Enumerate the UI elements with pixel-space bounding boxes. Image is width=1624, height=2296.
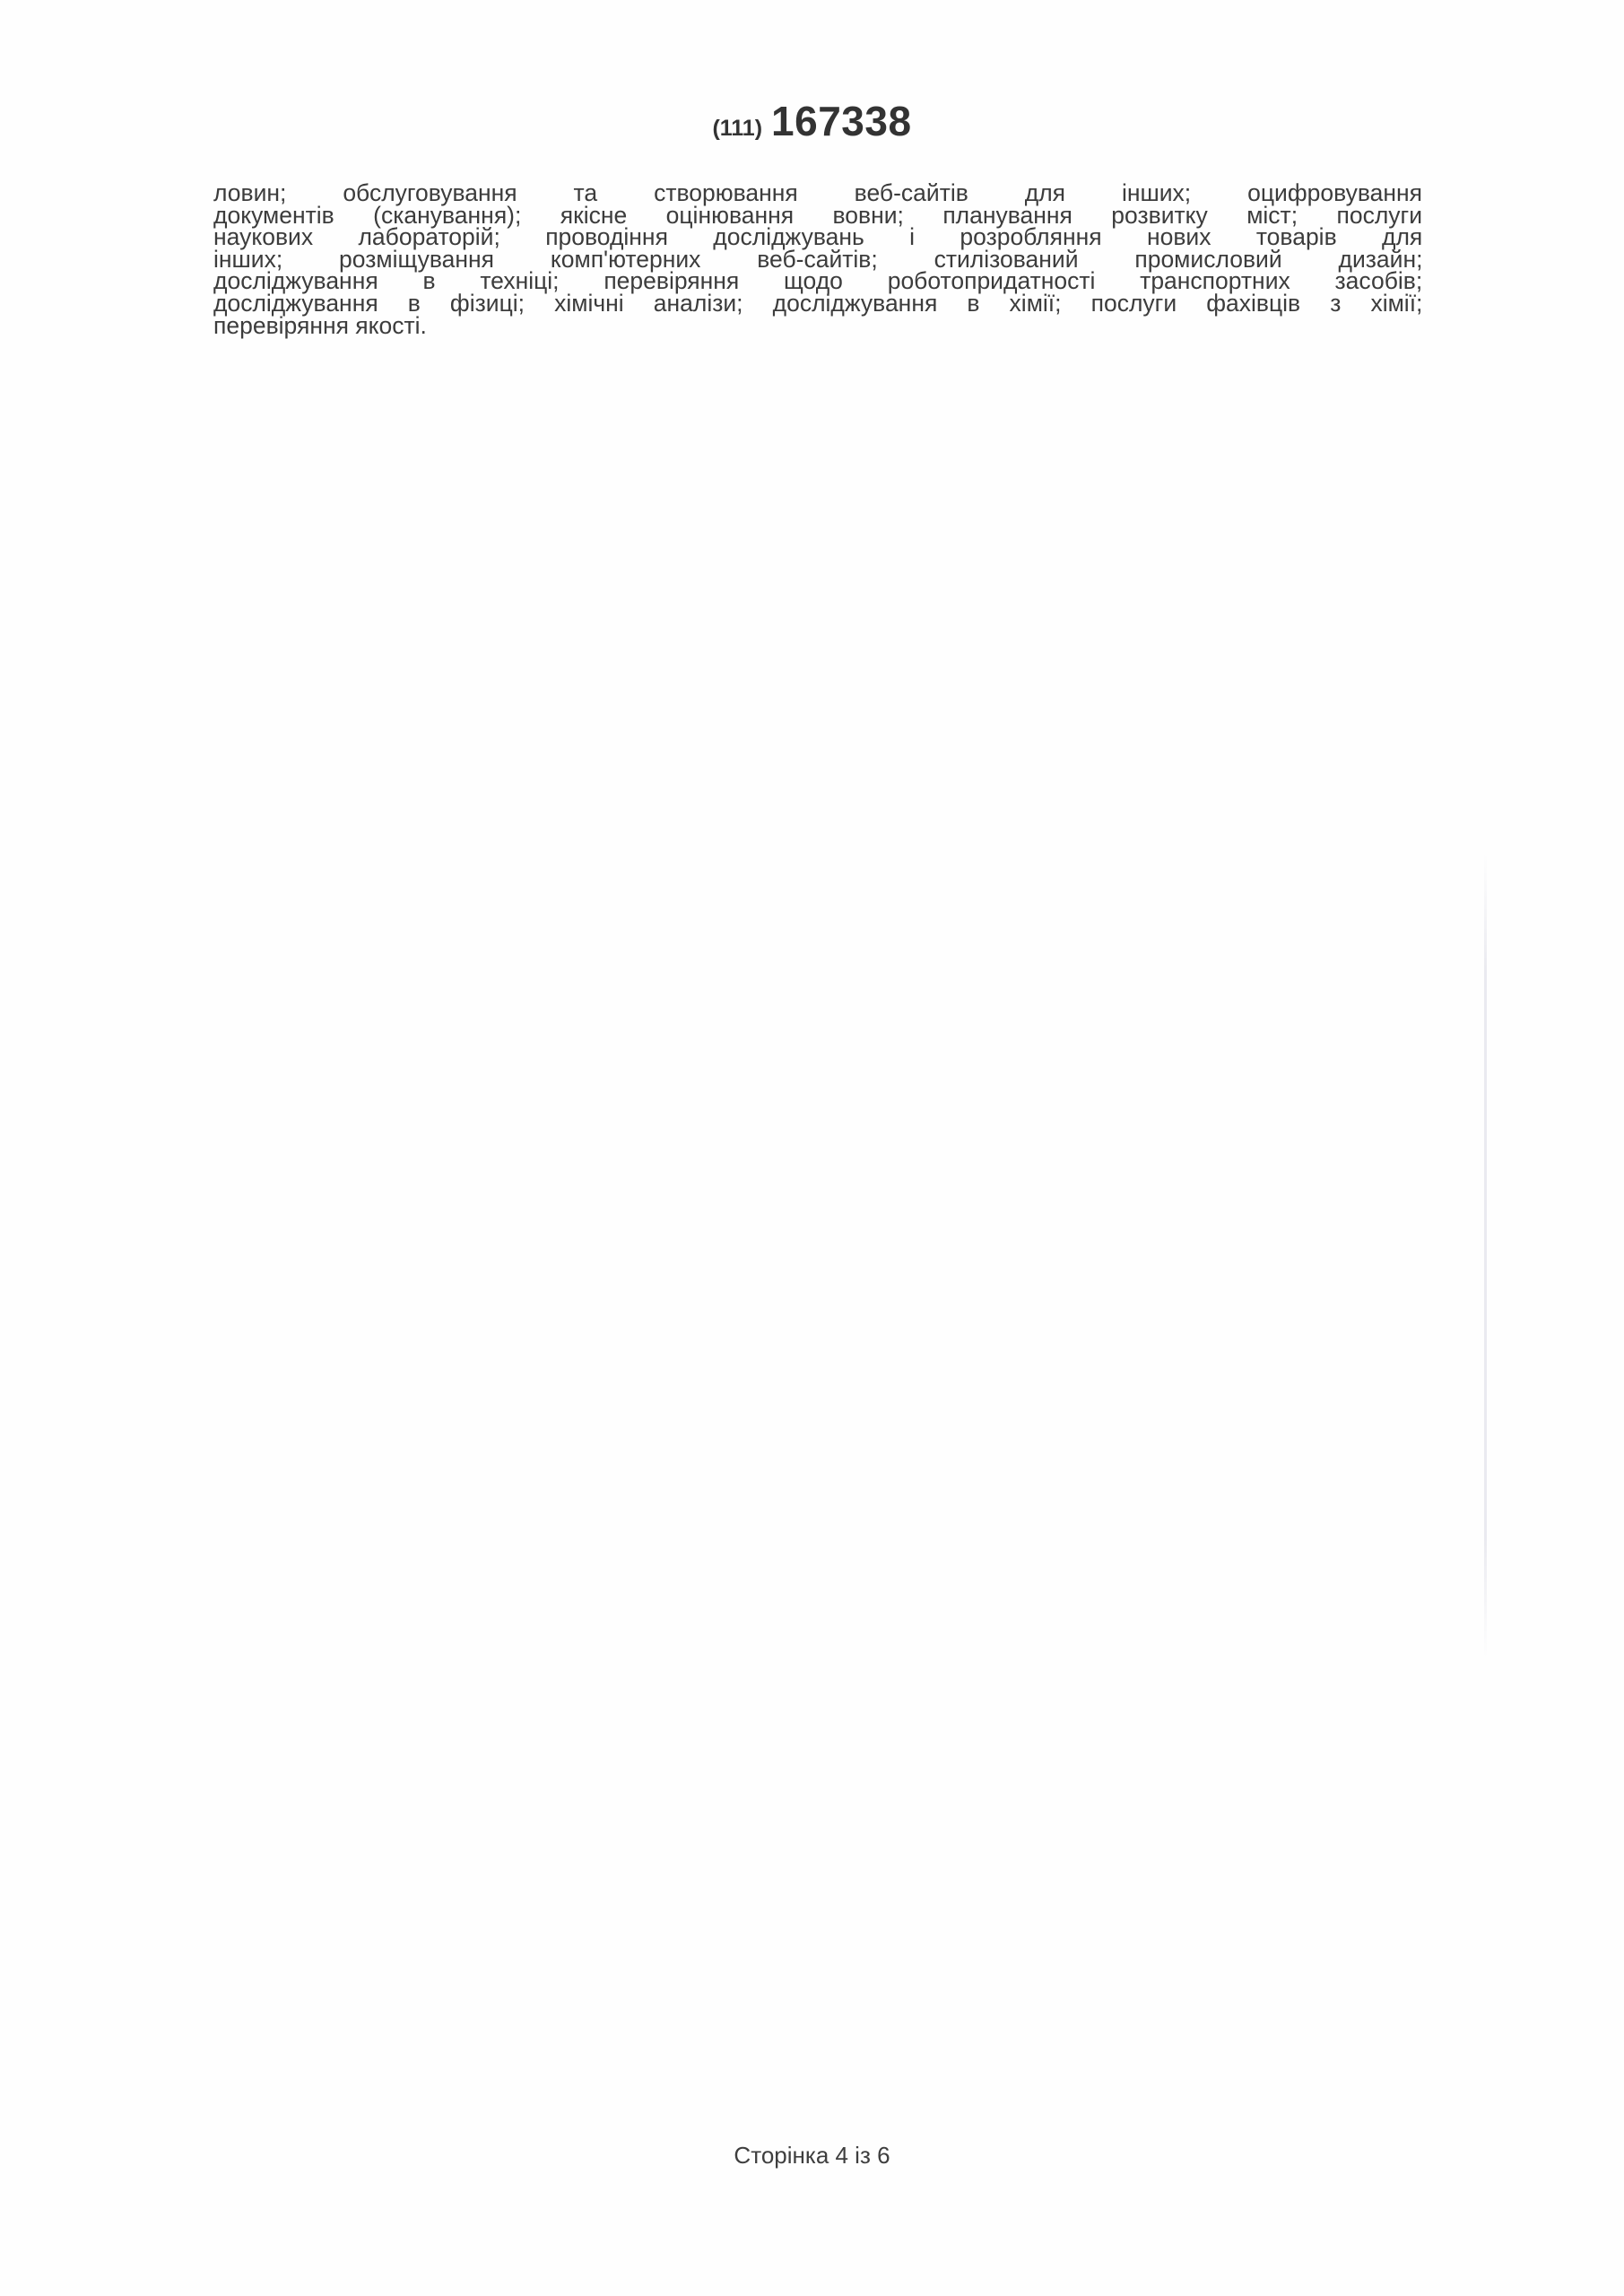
services-description: ловин; обслуговування та створювання веб…: [213, 182, 1422, 336]
inid-code: (111): [712, 116, 762, 141]
page-number: Сторінка 4 із 6: [0, 2142, 1624, 2170]
registration-number: 167338: [771, 98, 912, 144]
text-line: досліджування в фізиці; хімічні аналізи;…: [213, 292, 1422, 315]
text-line: перевіряння якості.: [213, 315, 1422, 337]
registration-header: (111)167338: [0, 97, 1624, 145]
scan-artifact-line: [1484, 852, 1487, 1659]
text-line: ловин; обслуговування та створювання веб…: [213, 182, 1422, 204]
document-page: (111)167338 ловин; обслуговування та ств…: [0, 0, 1624, 2296]
